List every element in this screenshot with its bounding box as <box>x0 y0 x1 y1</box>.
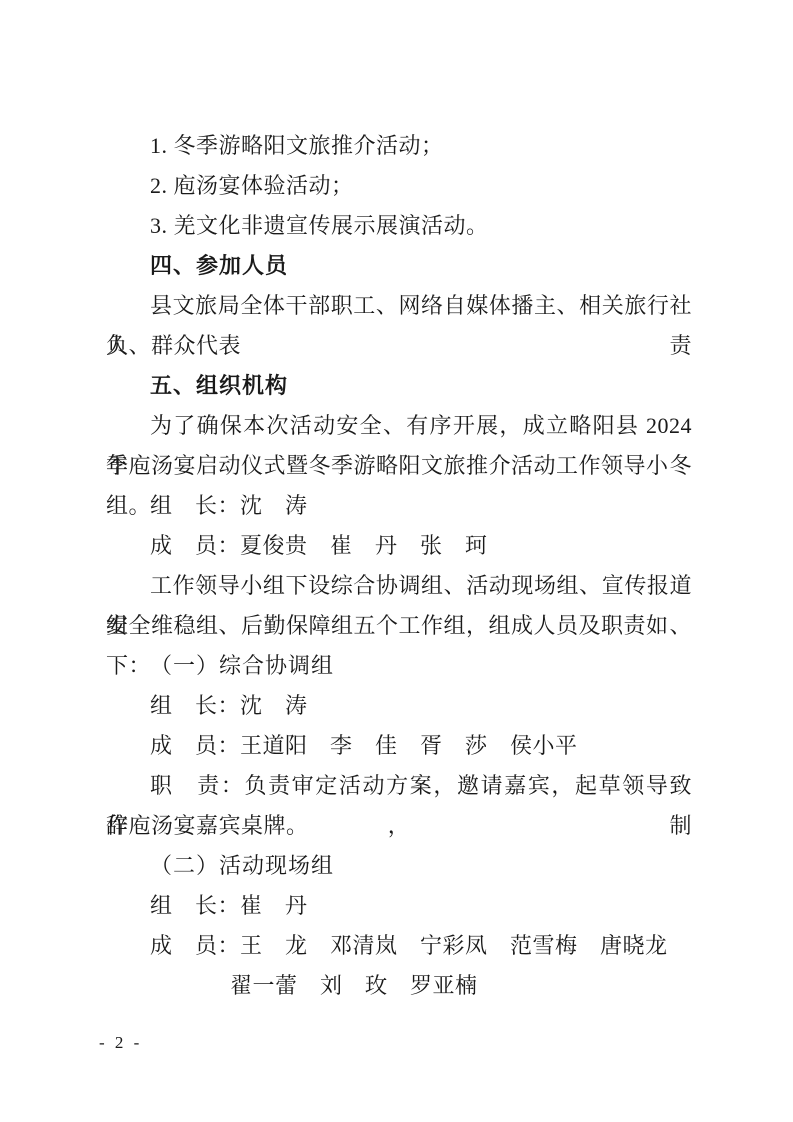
organization-paragraph-line-2: 季庖汤宴启动仪式暨冬季游略阳文旅推介活动工作领导小组。 <box>106 446 692 486</box>
subsection-heading-group-2: （二）活动现场组 <box>106 846 692 886</box>
participants-paragraph-line-1: 县文旅局全体干部职工、网络自媒体播主、相关旅行社负责 <box>106 286 692 326</box>
leading-group-leader-line: 组 长：沈 涛 <box>106 486 692 526</box>
section-heading-organization: 五、组织机构 <box>106 366 692 406</box>
group1-duties-line-1: 职 责：负责审定活动方案，邀请嘉宾，起草领导致辞，制 <box>106 766 692 806</box>
list-item-2: 2. 庖汤宴体验活动； <box>106 166 692 206</box>
page-number: - 2 - <box>99 1032 142 1054</box>
leading-group-members-line: 成 员：夏俊贵 崔 丹 张 珂 <box>106 526 692 566</box>
group1-members-line: 成 员：王道阳 李 佳 胥 莎 侯小平 <box>106 726 692 766</box>
group2-members-line-1: 成 员：王 龙 邓清岚 宁彩凤 范雪梅 唐晓龙 <box>106 926 692 966</box>
group2-leader-line: 组 长：崔 丹 <box>106 886 692 926</box>
section-heading-participants: 四、参加人员 <box>106 246 692 286</box>
document-body: 1. 冬季游略阳文旅推介活动； 2. 庖汤宴体验活动； 3. 羌文化非遗宣传展示… <box>106 126 692 1006</box>
document-page: 1. 冬季游略阳文旅推介活动； 2. 庖汤宴体验活动； 3. 羌文化非遗宣传展示… <box>0 0 793 1122</box>
organization-paragraph-line-1: 为了确保本次活动安全、有序开展，成立略阳县 2024 年冬 <box>106 406 692 446</box>
list-item-3: 3. 羌文化非遗宣传展示展演活动。 <box>106 206 692 246</box>
workgroups-paragraph-line-1: 工作领导小组下设综合协调组、活动现场组、宣传报道组、 <box>106 566 692 606</box>
workgroups-paragraph-line-2: 安全维稳组、后勤保障组五个工作组，组成人员及职责如下： <box>106 606 692 646</box>
group2-members-line-2: 翟一蕾 刘 玫 罗亚楠 <box>106 966 692 1006</box>
list-item-1: 1. 冬季游略阳文旅推介活动； <box>106 126 692 166</box>
group1-leader-line: 组 长：沈 涛 <box>106 686 692 726</box>
subsection-heading-group-1: （一）综合协调组 <box>106 646 692 686</box>
